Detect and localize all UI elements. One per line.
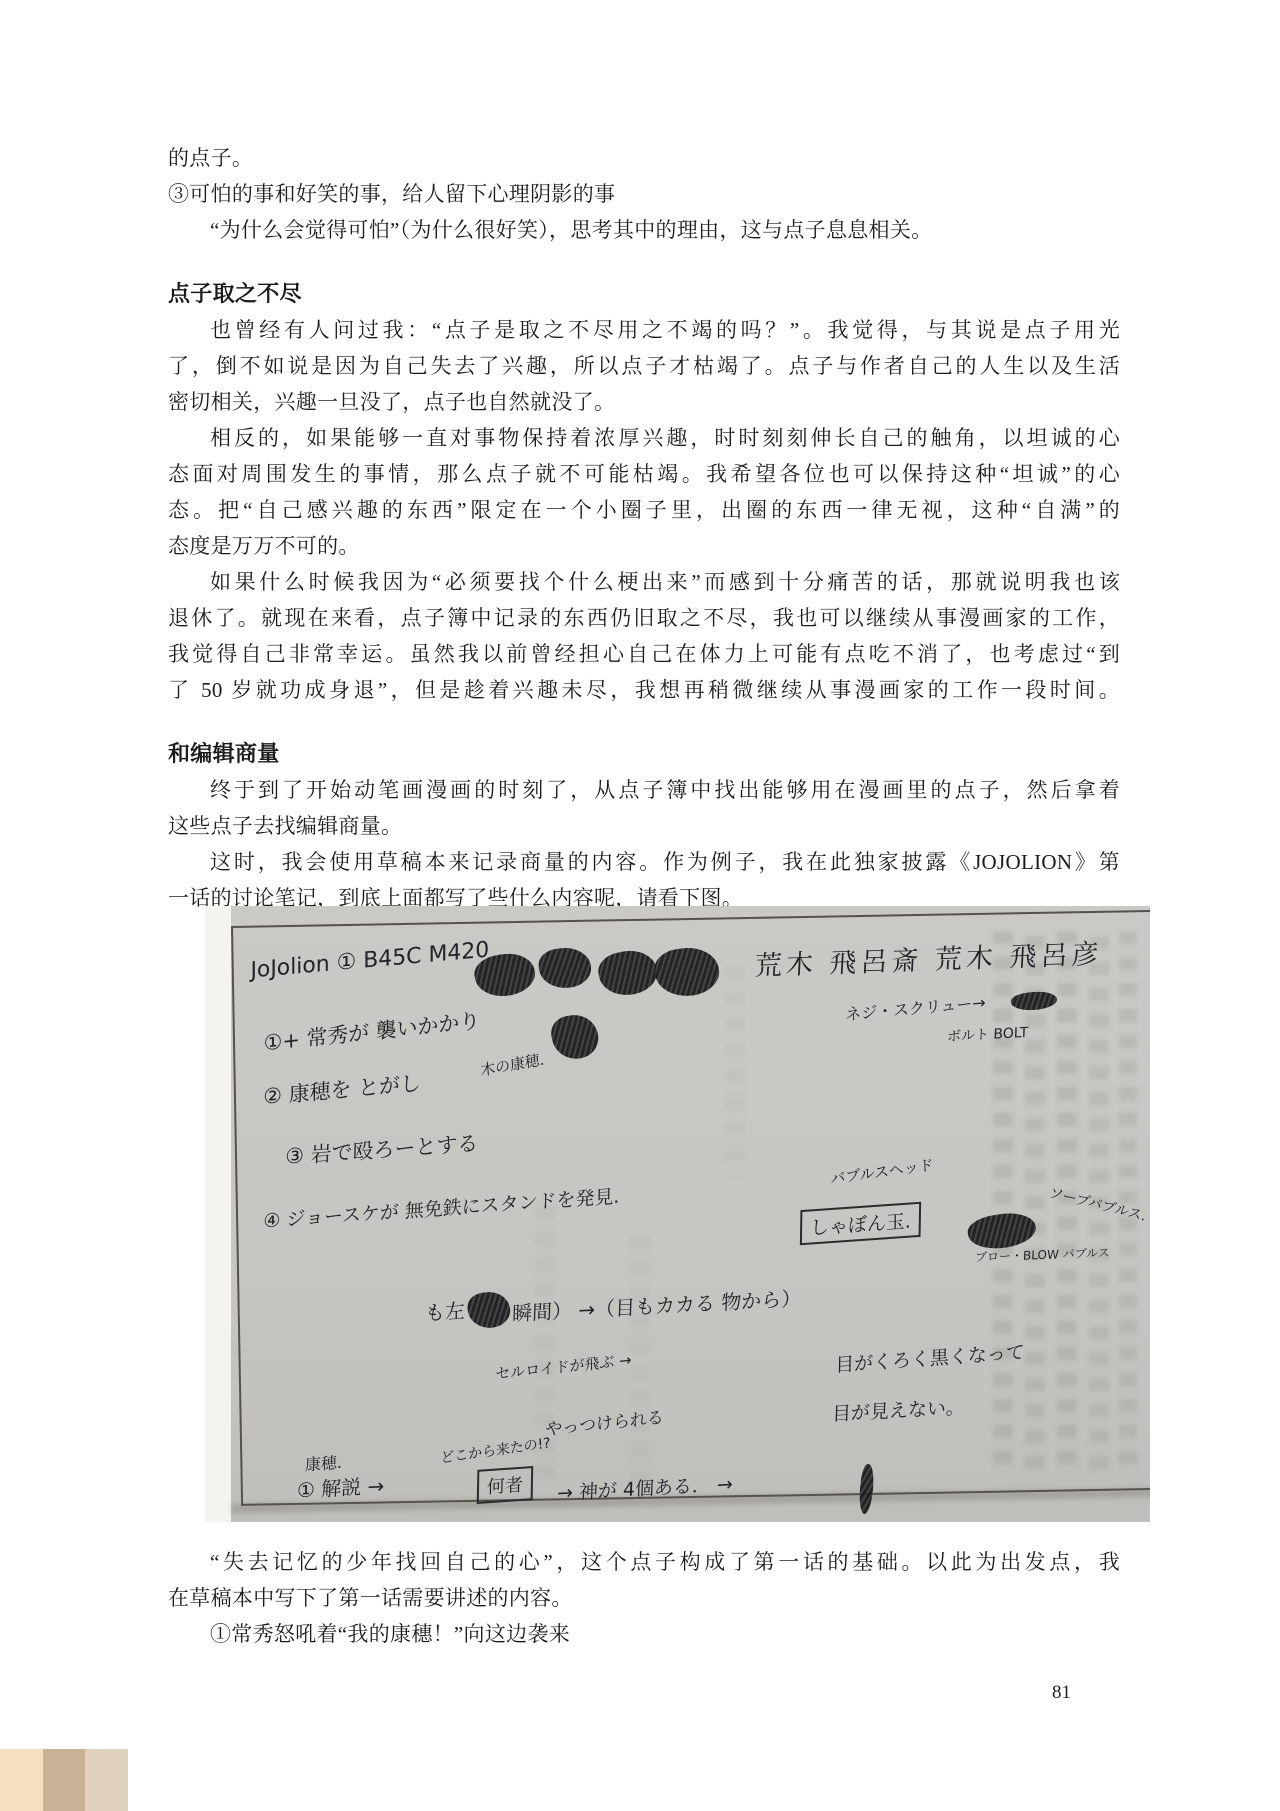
paragraph-gap xyxy=(168,248,1120,276)
bleed-through-column xyxy=(993,931,1013,1476)
text-line: 态面对周围发生的事情，那么点子就不可能枯竭。我希望各位也可以保持这种“坦诚”的心 xyxy=(168,456,1120,492)
book-page: { "page": { "number": "81" }, "article":… xyxy=(0,0,1280,1811)
article-text-lower: “失去记忆的少年找回自己的心”，这个点子构成了第一话的基础。以此为出发点，我在草… xyxy=(168,1544,1120,1652)
handwriting-nanimono: 何者 xyxy=(477,1466,533,1504)
text-line: 终于到了开始动笔画漫画的时刻了，从点子簿中找出能够用在漫画里的点子，然后拿着 xyxy=(168,772,1120,808)
text-line: 这些点子去找编辑商量。 xyxy=(168,808,1120,844)
section-heading: 和编辑商量 xyxy=(168,736,1120,772)
text-line: “失去记忆的少年找回自己的心”，这个点子构成了第一话的基础。以此为出发点，我 xyxy=(168,1544,1120,1580)
bleed-through-column xyxy=(1025,936,1045,1476)
text-line: 态度是万万不可的。 xyxy=(168,528,1120,564)
text-line: 密切相关，兴趣一旦没了，点子也自然就没了。 xyxy=(168,384,1120,420)
text-line: 退休了。就现在来看，点子簿中记录的东西仍旧取之不尽，我也可以继续从事漫画家的工作… xyxy=(168,600,1120,636)
handwriting-bolt: ボルト BOLT xyxy=(947,1022,1029,1046)
text-line: 的点子。 xyxy=(168,140,1120,176)
text-line: 也曾经有人问过我：“点子是取之不尽用之不竭的吗？”。我觉得，与其说是点子用光 xyxy=(168,312,1120,348)
bleed-through-column xyxy=(630,1236,650,1486)
color-swatch xyxy=(0,1749,43,1811)
text-line: 我觉得自己非常幸运。虽然我以前曾经担心自己在体力上可能有点吃不消了，也考虑过“到 xyxy=(168,636,1120,672)
notebook-scan-figure: JoJolion ① B45C M420荒木 飛呂斎 荒木 飛呂彦ネジ・スクリュ… xyxy=(205,906,1150,1522)
text-line: 了，倒不如说是因为自己失去了兴趣，所以点子才枯竭了。点子与作者自己的人生以及生活 xyxy=(168,348,1120,384)
text-line: “为什么会觉得可怕”（为什么很好笑），思考其中的理由，这与点子息息相关。 xyxy=(168,212,1120,248)
handwriting-kaisetsu: ① 解説 → xyxy=(297,1470,385,1504)
text-line: 相反的，如果能够一直对事物保持着浓厚兴趣，时时刻刻伸长自己的触角，以坦诚的心 xyxy=(168,420,1120,456)
section-heading: 点子取之不尽 xyxy=(168,276,1120,312)
text-line: 如果什么时候我因为“必须要找个什么梗出来”而感到十分痛苦的话，那就说明我也该 xyxy=(168,564,1120,600)
color-swatch xyxy=(43,1749,85,1811)
footer-color-swatches xyxy=(0,1749,130,1811)
text-line: 了 50 岁就功成身退”，但是趁着兴趣未尽，我想再稍微继续从事漫画家的工作一段时… xyxy=(168,672,1120,708)
article-text-upper: 的点子。③可怕的事和好笑的事，给人留下心理阴影的事“为什么会觉得可怕”（为什么很… xyxy=(168,140,1120,916)
color-swatch xyxy=(85,1749,128,1811)
text-line: ①常秀怒吼着“我的康穗！”向这边袭来 xyxy=(168,1616,1120,1652)
paragraph-gap xyxy=(168,708,1120,736)
bleed-through-column xyxy=(725,966,745,1176)
handwriting-moment-left: も左 xyxy=(425,1295,465,1327)
text-line: 这时，我会使用草稿本来记录商量的内容。作为例子，我在此独家披露《JOJOLION… xyxy=(168,844,1120,880)
page-number: 81 xyxy=(1052,1682,1071,1704)
text-line: 态。把“自己感兴趣的东西”限定在一个小圈子里，出圈的东西一律无视，这种“自满”的 xyxy=(168,492,1120,528)
scanner-white-margin xyxy=(205,906,231,1522)
text-line: ③可怕的事和好笑的事，给人留下心理阴影的事 xyxy=(168,176,1120,212)
text-line: 在草稿本中写下了第一话需要讲述的内容。 xyxy=(168,1580,1120,1616)
